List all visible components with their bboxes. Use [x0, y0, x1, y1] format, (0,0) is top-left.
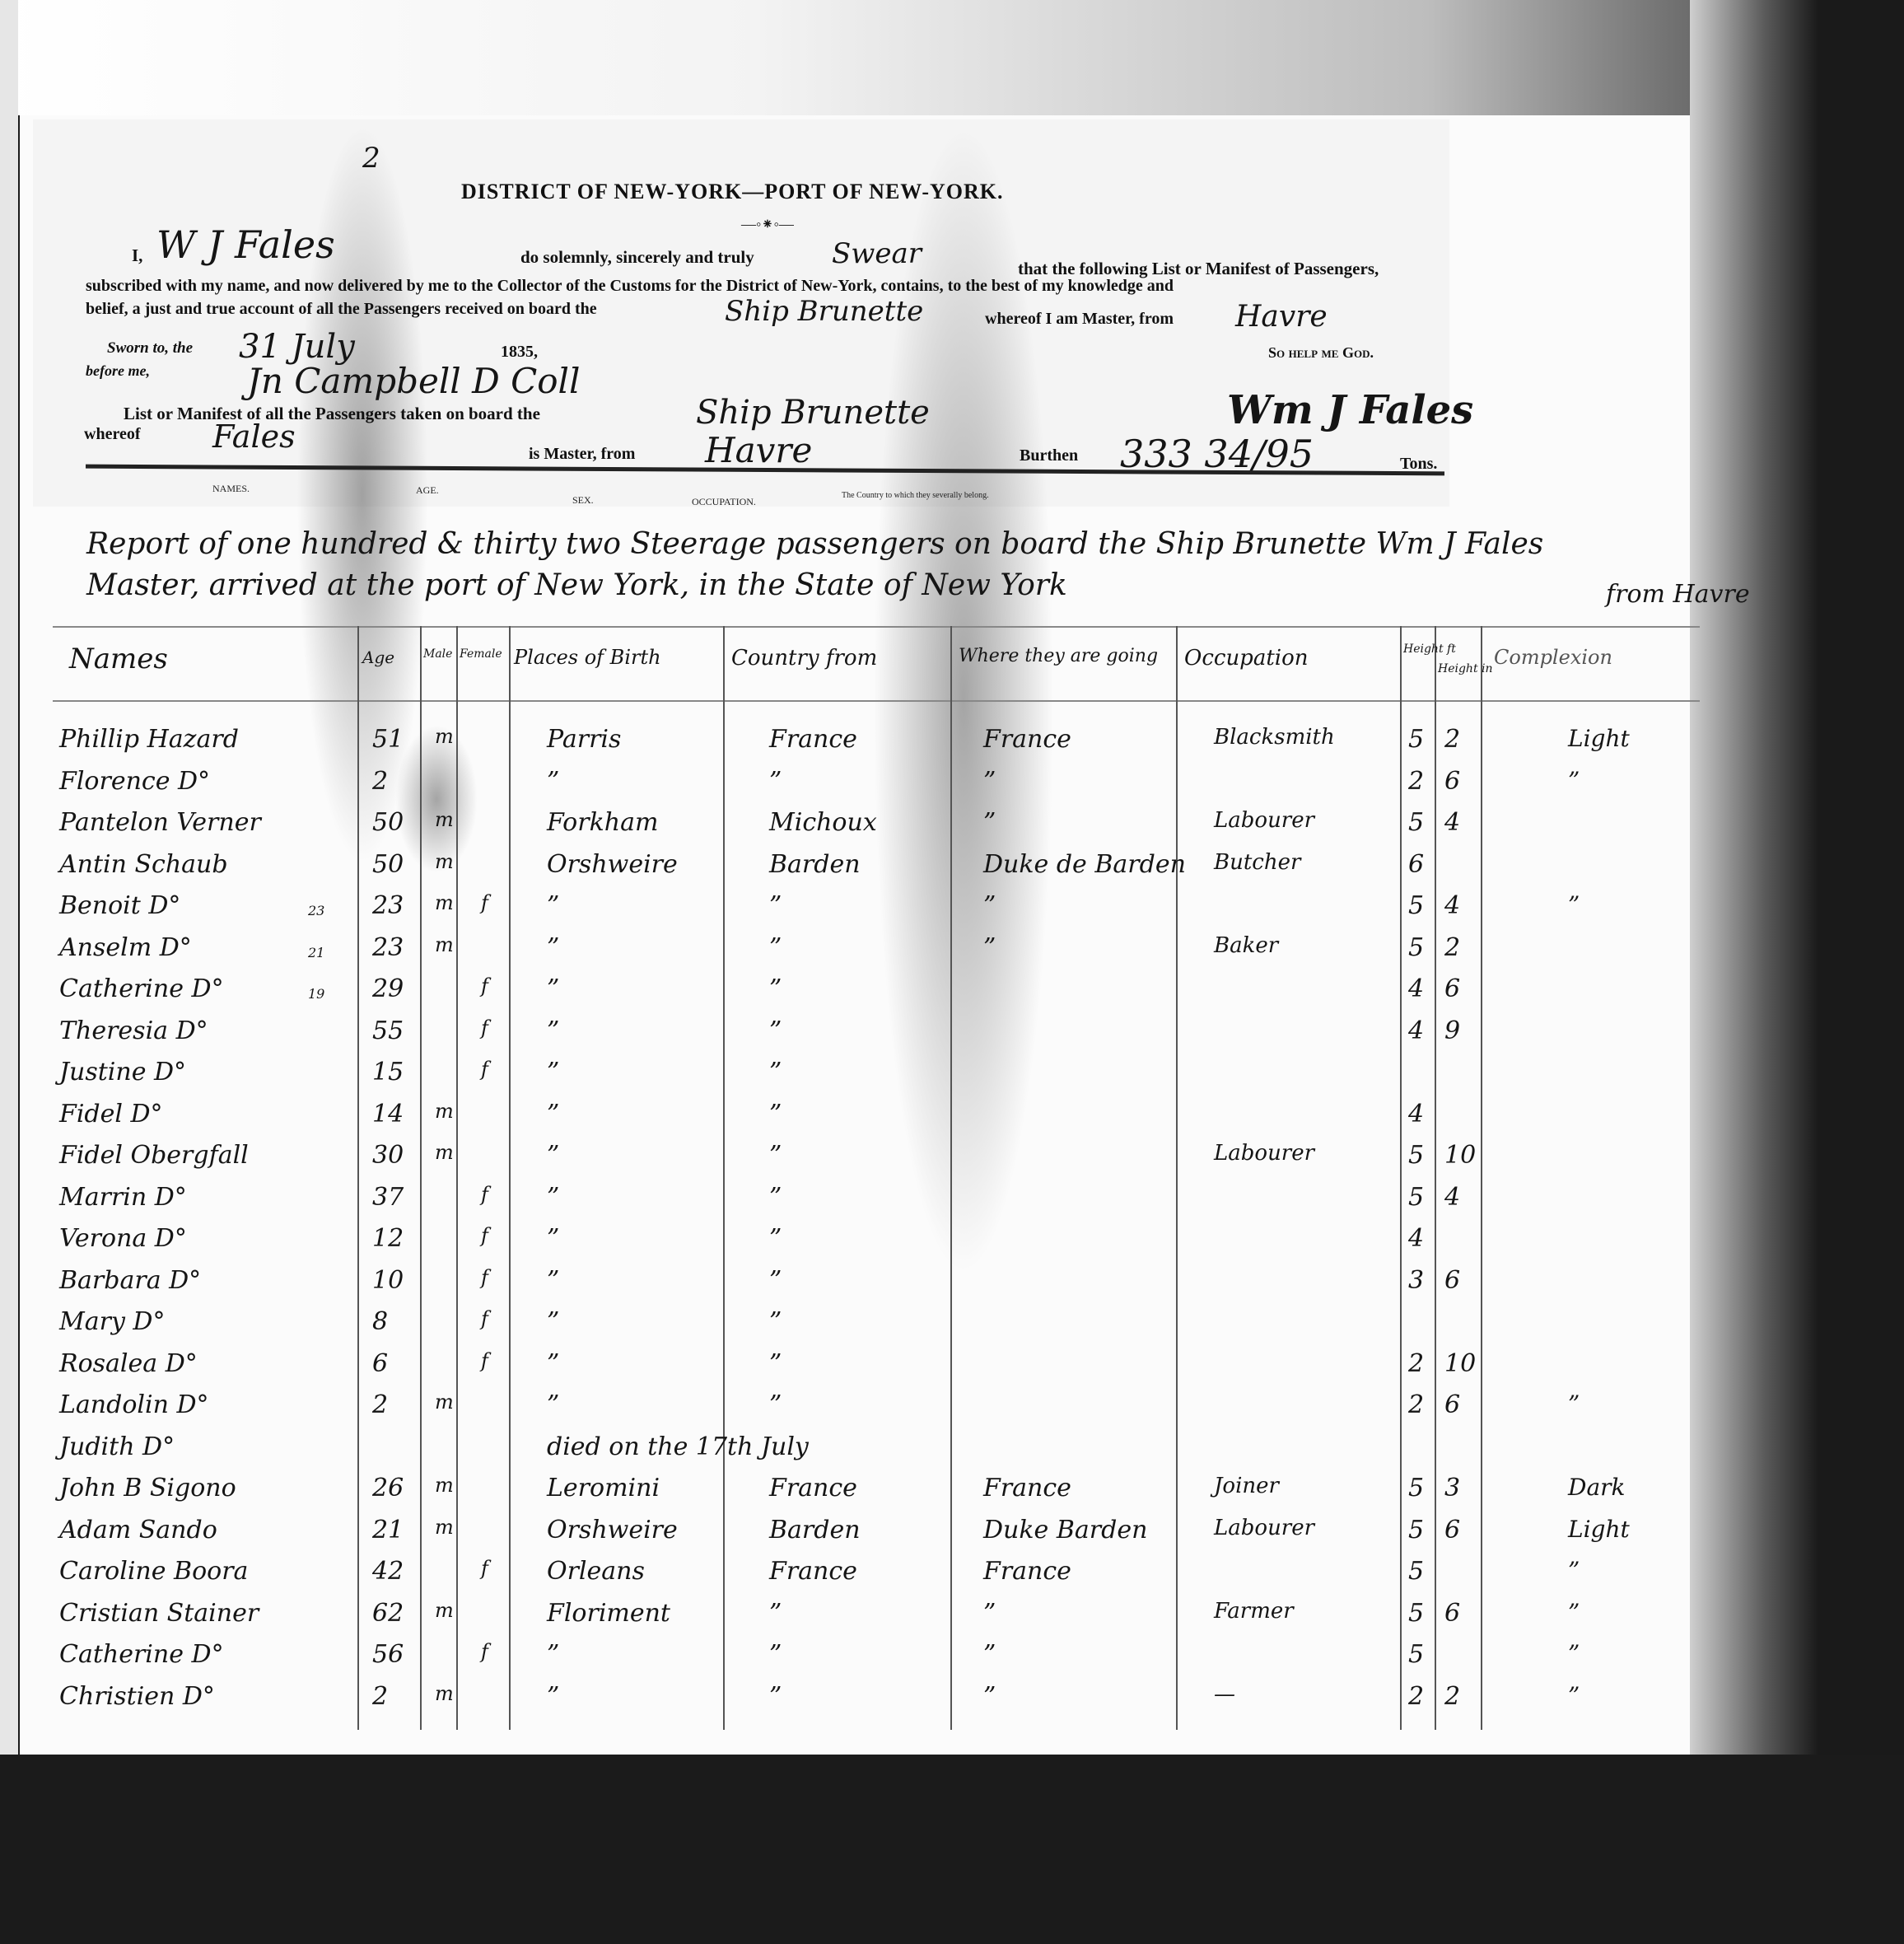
- passenger-birthplace: ”: [547, 1016, 559, 1045]
- report-heading-from: from Havre: [1606, 580, 1750, 609]
- passenger-country-from: ”: [769, 891, 782, 920]
- passenger-height-ft: 5: [1408, 1141, 1424, 1170]
- passenger-age: 62: [372, 1599, 404, 1628]
- passenger-country-from: ”: [769, 1682, 782, 1711]
- passenger-female: f: [481, 1266, 488, 1289]
- table-row: Judith D° died on the 17th July: [20, 1432, 1790, 1472]
- passenger-age: 26: [372, 1474, 404, 1502]
- passenger-male: m: [435, 1100, 454, 1123]
- passenger-birthplace: ”: [547, 1183, 559, 1212]
- passenger-destination: ”: [983, 1599, 996, 1628]
- passenger-birthplace: ”: [547, 1224, 559, 1253]
- table-row: Phillip Hazard 51 m Parris France France…: [20, 725, 1790, 764]
- passenger-country-from: ”: [769, 1141, 782, 1170]
- passenger-age: 37: [372, 1183, 404, 1212]
- passenger-country-from: ”: [769, 1266, 782, 1295]
- header-rule: [53, 700, 1700, 702]
- passenger-country-from: France: [769, 1474, 857, 1502]
- master-signature: Wm J Fales: [1227, 387, 1473, 433]
- from-port: Havre: [705, 430, 812, 470]
- list-label: List or Manifest of all the Passengers t…: [124, 404, 540, 424]
- table-row: John B Sigono 26 m Leromini France Franc…: [20, 1474, 1790, 1513]
- passenger-destination: ”: [983, 891, 996, 920]
- oath-master-name: W J Fales: [156, 222, 335, 267]
- passenger-height-ft: 2: [1408, 1349, 1424, 1378]
- passenger-height-in: 4: [1444, 1183, 1460, 1212]
- is-master-label: is Master, from: [529, 445, 635, 464]
- form-title: DISTRICT OF NEW-YORK—PORT OF NEW-YORK.: [461, 180, 1003, 204]
- passenger-female: f: [481, 1640, 488, 1663]
- passenger-occupation: Labourer: [1214, 1141, 1314, 1166]
- passenger-birthplace: ”: [547, 1307, 559, 1336]
- bracket-age-note: 23: [308, 903, 324, 918]
- passenger-country-from: France: [769, 725, 857, 754]
- passenger-name: Adam Sando: [59, 1516, 217, 1544]
- oath-vessel: Ship Brunette: [725, 295, 923, 328]
- passenger-height-in: 10: [1444, 1349, 1476, 1378]
- passenger-country-from: ”: [769, 1224, 782, 1253]
- col-header-occupation: Occupation: [1184, 646, 1309, 671]
- passenger-height-in: 10: [1444, 1141, 1476, 1170]
- passenger-birthplace: ”: [547, 1058, 559, 1086]
- passenger-birthplace: ”: [547, 974, 559, 1003]
- col-header-height-in: Height in: [1438, 662, 1493, 675]
- col-header-age: Age: [362, 647, 394, 667]
- passenger-age: 2: [372, 767, 388, 796]
- official-signature: Jn Campbell D Coll: [247, 361, 580, 401]
- printed-col-age: AGE.: [416, 484, 439, 497]
- whereof-master: Fales: [212, 418, 296, 455]
- passenger-name: Catherine D°: [59, 974, 224, 1003]
- table-row: Barbara D° 10 f ” ” 3 6: [20, 1266, 1790, 1306]
- bracket-age-note: 19: [308, 986, 324, 1002]
- table-row: Fidel Obergfall 30 m ” ” Labourer 5 10: [20, 1141, 1790, 1180]
- passenger-name: Catherine D°: [59, 1640, 224, 1669]
- passenger-country-from: ”: [769, 1058, 782, 1086]
- passenger-age: 14: [372, 1100, 404, 1129]
- passenger-birthplace: ”: [547, 1266, 559, 1295]
- passenger-occupation: Labourer: [1214, 1516, 1314, 1540]
- passenger-name: Landolin D°: [59, 1390, 209, 1419]
- burthen-label: Burthen: [1020, 446, 1078, 465]
- col-header-birth: Places of Birth: [514, 646, 661, 669]
- col-header-male: Male: [423, 647, 452, 661]
- passenger-name: Mary D°: [59, 1307, 165, 1336]
- table-row: Marrin D° 37 f ” ” 5 4: [20, 1183, 1790, 1222]
- passenger-name: Barbara D°: [59, 1266, 201, 1295]
- passenger-height-ft: 5: [1408, 1516, 1424, 1544]
- passenger-name: Marrin D°: [59, 1183, 187, 1212]
- passenger-name: Phillip Hazard: [59, 725, 239, 754]
- printed-col-country: The Country to which they severally belo…: [842, 491, 989, 500]
- passenger-country-from: Michoux: [769, 808, 877, 837]
- passenger-name: Cristian Stainer: [59, 1599, 259, 1628]
- scan-border-bottom: [0, 1755, 1904, 1944]
- passenger-height-ft: 5: [1408, 1599, 1424, 1628]
- passenger-destination: France: [983, 725, 1071, 754]
- passenger-name: Justine D°: [59, 1058, 186, 1086]
- passenger-height-ft: 5: [1408, 1557, 1424, 1586]
- oath-verb: Swear: [832, 237, 922, 270]
- passenger-height-ft: 2: [1408, 767, 1424, 796]
- table-row: Catherine D° 56 f ” ” ” 5 ”: [20, 1640, 1790, 1680]
- table-row: Caroline Boora 42 f Orleans France Franc…: [20, 1557, 1790, 1596]
- passenger-height-ft: 5: [1408, 1640, 1424, 1669]
- passenger-occupation: Blacksmith: [1214, 725, 1335, 750]
- passenger-male: m: [435, 933, 454, 956]
- passenger-birthplace: ”: [547, 1682, 559, 1711]
- passenger-age: 23: [372, 891, 404, 920]
- passenger-name: Antin Schaub: [59, 850, 228, 879]
- passenger-birthplace: ”: [547, 1640, 559, 1669]
- passenger-occupation: Baker: [1214, 933, 1278, 958]
- table-row: Landolin D° 2 m ” ” 2 6 ”: [20, 1390, 1790, 1430]
- passenger-height-ft: 5: [1408, 1474, 1424, 1502]
- passenger-age: 8: [372, 1307, 388, 1336]
- passenger-height-in: 2: [1444, 933, 1460, 962]
- passenger-height-in: 2: [1444, 725, 1460, 754]
- passenger-country-from: ”: [769, 1349, 782, 1378]
- passenger-occupation: Joiner: [1214, 1474, 1279, 1498]
- passenger-complexion: ”: [1568, 1640, 1580, 1667]
- passenger-country-from: ”: [769, 1640, 782, 1669]
- passenger-male: m: [435, 725, 454, 748]
- oath-line-3-prefix: belief, a just and true account of all t…: [86, 300, 597, 319]
- passenger-name: Florence D°: [59, 767, 210, 796]
- col-header-female: Female: [460, 647, 502, 661]
- passenger-age: 42: [372, 1557, 404, 1586]
- passenger-age: 15: [372, 1058, 404, 1086]
- passenger-birthplace: ”: [547, 1141, 559, 1170]
- passenger-birthplace: ”: [547, 767, 559, 796]
- list-vessel: Ship Brunette: [696, 394, 930, 432]
- passenger-complexion: ”: [1568, 1599, 1580, 1626]
- oath-prefix: I,: [132, 245, 142, 266]
- scan-border-top: [0, 0, 1904, 115]
- passenger-height-ft: 4: [1408, 1100, 1424, 1129]
- passenger-name: Rosalea D°: [59, 1349, 198, 1378]
- passenger-male: m: [435, 850, 454, 873]
- passenger-female: f: [481, 891, 488, 914]
- passenger-complexion: ”: [1568, 1682, 1580, 1709]
- printed-col-sex: SEX.: [572, 494, 594, 507]
- passenger-height-in: 6: [1444, 1516, 1460, 1544]
- passenger-country-from: ”: [769, 1016, 782, 1045]
- passenger-birthplace: Orleans: [547, 1557, 645, 1586]
- passenger-destination: ”: [983, 767, 996, 796]
- passenger-complexion: Dark: [1568, 1474, 1626, 1501]
- col-header-names: Names: [69, 643, 168, 675]
- passenger-height-ft: 2: [1408, 1682, 1424, 1711]
- passenger-destination: ”: [983, 1640, 996, 1669]
- passenger-complexion: Light: [1568, 725, 1630, 752]
- passenger-name: Fidel Obergfall: [59, 1141, 249, 1170]
- whereof-label: whereof: [84, 425, 141, 444]
- table-row: Benoit D° 23 23 m f ” ” ” 5 4 ”: [20, 891, 1790, 931]
- passenger-birthplace: Forkham: [547, 808, 658, 837]
- table-row: Adam Sando 21 m Orshweire Barden Duke Ba…: [20, 1516, 1790, 1555]
- passenger-birthplace: Orshweire: [547, 850, 678, 879]
- passenger-birthplace: ”: [547, 891, 559, 920]
- passenger-destination: Duke Barden: [983, 1516, 1147, 1544]
- passenger-female: f: [481, 1183, 488, 1206]
- passenger-destination: ”: [983, 808, 996, 837]
- passenger-male: m: [435, 1516, 454, 1539]
- passenger-birthplace: Floriment: [547, 1599, 670, 1628]
- report-heading-line-1: Report of one hundred & thirty two Steer…: [86, 527, 1543, 561]
- scan-border-left: [0, 0, 18, 1944]
- before-me-label: before me,: [86, 362, 150, 380]
- passenger-age: 12: [372, 1224, 404, 1253]
- table-row: Christien D° 2 m ” ” ” — 2 2 ”: [20, 1682, 1790, 1722]
- passenger-height-ft: 3: [1408, 1266, 1424, 1295]
- passenger-age: 2: [372, 1390, 388, 1419]
- passenger-country-from: Barden: [769, 850, 861, 879]
- passenger-male: m: [435, 1141, 454, 1164]
- passenger-male: m: [435, 891, 454, 914]
- passenger-destination: France: [983, 1474, 1071, 1502]
- passenger-name: Benoit D°: [59, 891, 180, 920]
- passenger-occupation: —: [1214, 1682, 1235, 1707]
- passenger-height-ft: 5: [1408, 1183, 1424, 1212]
- passenger-female: f: [481, 1307, 488, 1330]
- passenger-name: Anselm D°: [59, 933, 192, 962]
- passenger-female: f: [481, 974, 488, 998]
- table-row: Mary D° 8 f ” ”: [20, 1307, 1790, 1347]
- passenger-birthplace: Orshweire: [547, 1516, 678, 1544]
- passenger-country-from: ”: [769, 1183, 782, 1212]
- passenger-female: f: [481, 1349, 488, 1372]
- passenger-age: 56: [372, 1640, 404, 1669]
- col-header-country: Country from: [731, 646, 877, 671]
- passenger-height-in: 6: [1444, 1390, 1460, 1419]
- passenger-height-in: 9: [1444, 1016, 1460, 1045]
- so-help-me-god: So help me God.: [1268, 344, 1374, 362]
- passenger-name: Pantelon Verner: [59, 808, 261, 837]
- passenger-age: 50: [372, 850, 404, 879]
- passenger-occupation: Labourer: [1214, 808, 1314, 833]
- passenger-male: m: [435, 808, 454, 831]
- passenger-height-ft: 4: [1408, 1224, 1424, 1253]
- passenger-female: f: [481, 1224, 488, 1247]
- passenger-name: Christien D°: [59, 1682, 215, 1711]
- table-row: Anselm D° 21 23 m ” ” ” Baker 5 2: [20, 933, 1790, 973]
- passenger-height-ft: 4: [1408, 1016, 1424, 1045]
- report-heading-line-2: Master, arrived at the port of New York,…: [86, 568, 1067, 602]
- passenger-age: 55: [372, 1016, 404, 1045]
- passenger-name: Fidel D°: [59, 1100, 163, 1129]
- passenger-male: m: [435, 1474, 454, 1497]
- passenger-birthplace: ”: [547, 1390, 559, 1419]
- table-row: Pantelon Verner 50 m Forkham Michoux ” L…: [20, 808, 1790, 848]
- passenger-occupation: Farmer: [1214, 1599, 1294, 1624]
- oath-line-2: subscribed with my name, and now deliver…: [86, 277, 1174, 296]
- ornament: —◦⁕◦—: [741, 216, 794, 233]
- passenger-age: 23: [372, 933, 404, 962]
- printed-col-names: NAMES.: [212, 483, 250, 495]
- passenger-destination: ”: [983, 933, 996, 962]
- page-number: 2: [362, 142, 380, 175]
- passenger-name: John B Sigono: [59, 1474, 236, 1502]
- table-row: Fidel D° 14 m ” ” 4: [20, 1100, 1790, 1139]
- passenger-height-ft: 4: [1408, 974, 1424, 1003]
- table-row: Cristian Stainer 62 m Floriment ” ” Farm…: [20, 1599, 1790, 1638]
- table-row: Theresia D° 55 f ” ” 4 9: [20, 1016, 1790, 1056]
- passenger-height-in: 6: [1444, 1266, 1460, 1295]
- passenger-age: 10: [372, 1266, 404, 1295]
- passenger-destination: France: [983, 1557, 1071, 1586]
- passenger-age: 29: [372, 974, 404, 1003]
- passenger-birthplace: died on the 17th July: [547, 1432, 809, 1461]
- passenger-height-in: 6: [1444, 974, 1460, 1003]
- passenger-male: m: [435, 1599, 454, 1622]
- passenger-height-ft: 5: [1408, 891, 1424, 920]
- passenger-name: Caroline Boora: [59, 1557, 248, 1586]
- passenger-country-from: ”: [769, 1390, 782, 1419]
- oath-line-3-mid: whereof I am Master, from: [985, 310, 1174, 329]
- sworn-label: Sworn to, the: [107, 339, 193, 357]
- col-header-complexion: Complexion: [1494, 646, 1612, 669]
- passenger-birthplace: ”: [547, 1349, 559, 1378]
- passenger-birthplace: ”: [547, 1100, 559, 1129]
- passenger-complexion: ”: [1568, 891, 1580, 918]
- passenger-height-in: 4: [1444, 891, 1460, 920]
- passenger-female: f: [481, 1016, 488, 1040]
- passenger-height-in: 3: [1444, 1474, 1460, 1502]
- passenger-complexion: ”: [1568, 1390, 1580, 1418]
- passenger-birthplace: Leromini: [547, 1474, 660, 1502]
- table-row: Florence D° 2 ” ” ” 2 6 ”: [20, 767, 1790, 806]
- passenger-age: 6: [372, 1349, 388, 1378]
- passenger-country-from: ”: [769, 1599, 782, 1628]
- passenger-occupation: Butcher: [1214, 850, 1300, 875]
- passenger-age: 2: [372, 1682, 388, 1711]
- passenger-height-ft: 5: [1408, 725, 1424, 754]
- passenger-height-in: 6: [1444, 1599, 1460, 1628]
- passenger-name: Verona D°: [59, 1224, 187, 1253]
- passenger-height-in: 4: [1444, 808, 1460, 837]
- table-row: Rosalea D° 6 f ” ” 2 10: [20, 1349, 1790, 1389]
- passenger-country-from: France: [769, 1557, 857, 1586]
- table-row: Verona D° 12 f ” ” 4: [20, 1224, 1790, 1264]
- passenger-height-ft: 2: [1408, 1390, 1424, 1419]
- bracket-age-note: 21: [308, 945, 324, 960]
- table-row: Justine D° 15 f ” ”: [20, 1058, 1790, 1097]
- passenger-female: f: [481, 1058, 488, 1081]
- passenger-name: Judith D°: [59, 1432, 175, 1461]
- passenger-height-ft: 5: [1408, 933, 1424, 962]
- passenger-complexion: Light: [1568, 1516, 1630, 1543]
- passenger-height-in: 6: [1444, 767, 1460, 796]
- passenger-height-ft: 5: [1408, 808, 1424, 837]
- passenger-table: Names Age Male Female Places of Birth Co…: [20, 626, 1790, 1746]
- printed-col-occupation: OCCUPATION.: [692, 496, 756, 508]
- sworn-year: 1835,: [501, 343, 538, 362]
- table-row: Antin Schaub 50 m Orshweire Barden Duke …: [20, 850, 1790, 890]
- col-header-destination: Where they are going: [959, 646, 1158, 666]
- passenger-age: 21: [372, 1516, 404, 1544]
- oath-port: Havre: [1235, 300, 1328, 334]
- header-rule: [53, 626, 1700, 628]
- table-row: Catherine D° 19 29 f ” ” 4 6: [20, 974, 1790, 1014]
- passenger-country-from: Barden: [769, 1516, 861, 1544]
- passenger-country-from: ”: [769, 974, 782, 1003]
- passenger-male: m: [435, 1682, 454, 1705]
- passenger-height-in: 2: [1444, 1682, 1460, 1711]
- passenger-country-from: ”: [769, 933, 782, 962]
- passenger-complexion: ”: [1568, 1557, 1580, 1584]
- oath-line-1-mid: do solemnly, sincerely and truly: [520, 247, 754, 268]
- passenger-name: Theresia D°: [59, 1016, 208, 1045]
- passenger-destination: ”: [983, 1682, 996, 1711]
- passenger-male: m: [435, 1390, 454, 1414]
- passenger-complexion: ”: [1568, 767, 1580, 794]
- passenger-country-from: ”: [769, 1100, 782, 1129]
- passenger-age: 50: [372, 808, 404, 837]
- passenger-age: 51: [372, 725, 404, 754]
- passenger-country-from: ”: [769, 767, 782, 796]
- passenger-country-from: ”: [769, 1307, 782, 1336]
- passenger-female: f: [481, 1557, 488, 1580]
- passenger-birthplace: Parris: [547, 725, 621, 754]
- passenger-height-ft: 6: [1408, 850, 1424, 879]
- col-header-height-ft: Height ft: [1403, 643, 1456, 656]
- passenger-birthplace: ”: [547, 933, 559, 962]
- passenger-age: 30: [372, 1141, 404, 1170]
- passenger-destination: Duke de Barden: [983, 850, 1186, 879]
